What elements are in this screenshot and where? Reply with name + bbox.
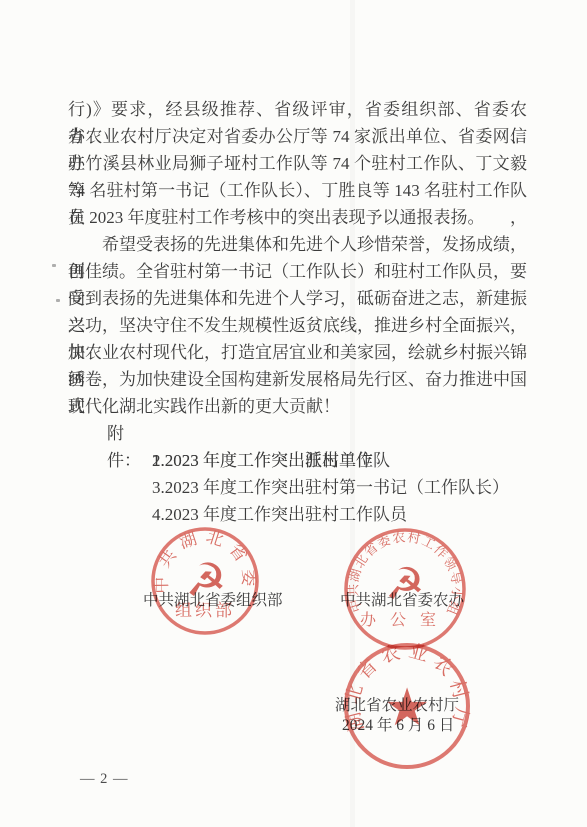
attachment-item: 3.2023 年度工作突出驻村第一书记（工作队长） [152, 478, 509, 497]
seal-bottom-text: 办公室 [360, 611, 450, 629]
party-emblem-icon: ☭ [385, 559, 424, 610]
star-icon: ★ [384, 678, 431, 738]
document-page: 行)》要求，经县级推荐、省级评审，省委组织部、省委农办、 省农业农村厅决定对省委… [0, 0, 587, 827]
body-line: 现代化湖北实践作出新的更大贡献！ [68, 393, 527, 420]
attachment-row: 4.2023 年度工作突出驻村工作队员 [68, 501, 548, 528]
official-seal-left: 中共湖北省委 ☭ 组织部 [149, 525, 261, 637]
official-seal-right: 中共湖北省委农村工作领导小组 ☭ 办公室 [342, 526, 468, 652]
attachment-row: 附件：1.2023 年度工作突出派出单位 [68, 420, 548, 447]
body-line: 快农业农村现代化，打造宜居宜业和美家园，绘就乡村振兴锦绣 [68, 339, 527, 366]
attachment-list: 附件：1.2023 年度工作突出派出单位 2.2023 年度工作突出驻村工作队 … [68, 420, 548, 528]
official-seal-bottom: 湖北省农业农村厅 ★ [342, 641, 472, 771]
body-line: 驻竹溪县林业局狮子垭村工作队等 74 个驻村工作队、丁文毅等 [68, 150, 527, 177]
body-line: 省农业农村厅决定对省委办公厅等 74 家派出单位、省委网信办 [68, 123, 527, 150]
attachment-item: 2.2023 年度工作突出驻村工作队 [152, 451, 390, 470]
body-line: 之功，坚决守住不发生规模性返贫底线，推进乡村全面振兴，加 [68, 312, 527, 339]
body-line: 在 2023 年度驻村工作考核中的突出表现予以通报表扬。 [68, 204, 527, 231]
body-line: 创佳绩。全省驻村第一书记（工作队长）和驻村工作队员，要向 [68, 258, 527, 285]
body-text: 行)》要求，经县级推荐、省级评审，省委组织部、省委农办、 省农业农村厅决定对省委… [68, 96, 527, 420]
body-line: 画卷，为加快建设全国构建新发展格局先行区、奋力推进中国式 [68, 366, 527, 393]
party-emblem-icon: ☭ [185, 553, 226, 607]
body-line: 受到表扬的先进集体和先进个人学习，砥砺奋进之志，新建振兴 [68, 285, 527, 312]
body-line: 希望受表扬的先进集体和先进个人珍惜荣誉，发扬成绩，再 [68, 231, 527, 258]
scan-artifact [52, 264, 56, 267]
body-line: 行)》要求，经县级推荐、省级评审，省委组织部、省委农办、 [68, 96, 527, 123]
scan-artifact [56, 299, 60, 302]
page-number: — 2 — [80, 771, 129, 788]
seal-bottom-text: 组织部 [175, 601, 235, 620]
attachment-label: 附件： [107, 420, 152, 474]
attachment-row: 3.2023 年度工作突出驻村第一书记（工作队长） [68, 474, 548, 501]
attachment-item: 4.2023 年度工作突出驻村工作队员 [152, 505, 407, 524]
body-line: 74 名驻村第一书记（工作队长）、丁胜良等 143 名驻村工作队员， [68, 177, 527, 204]
